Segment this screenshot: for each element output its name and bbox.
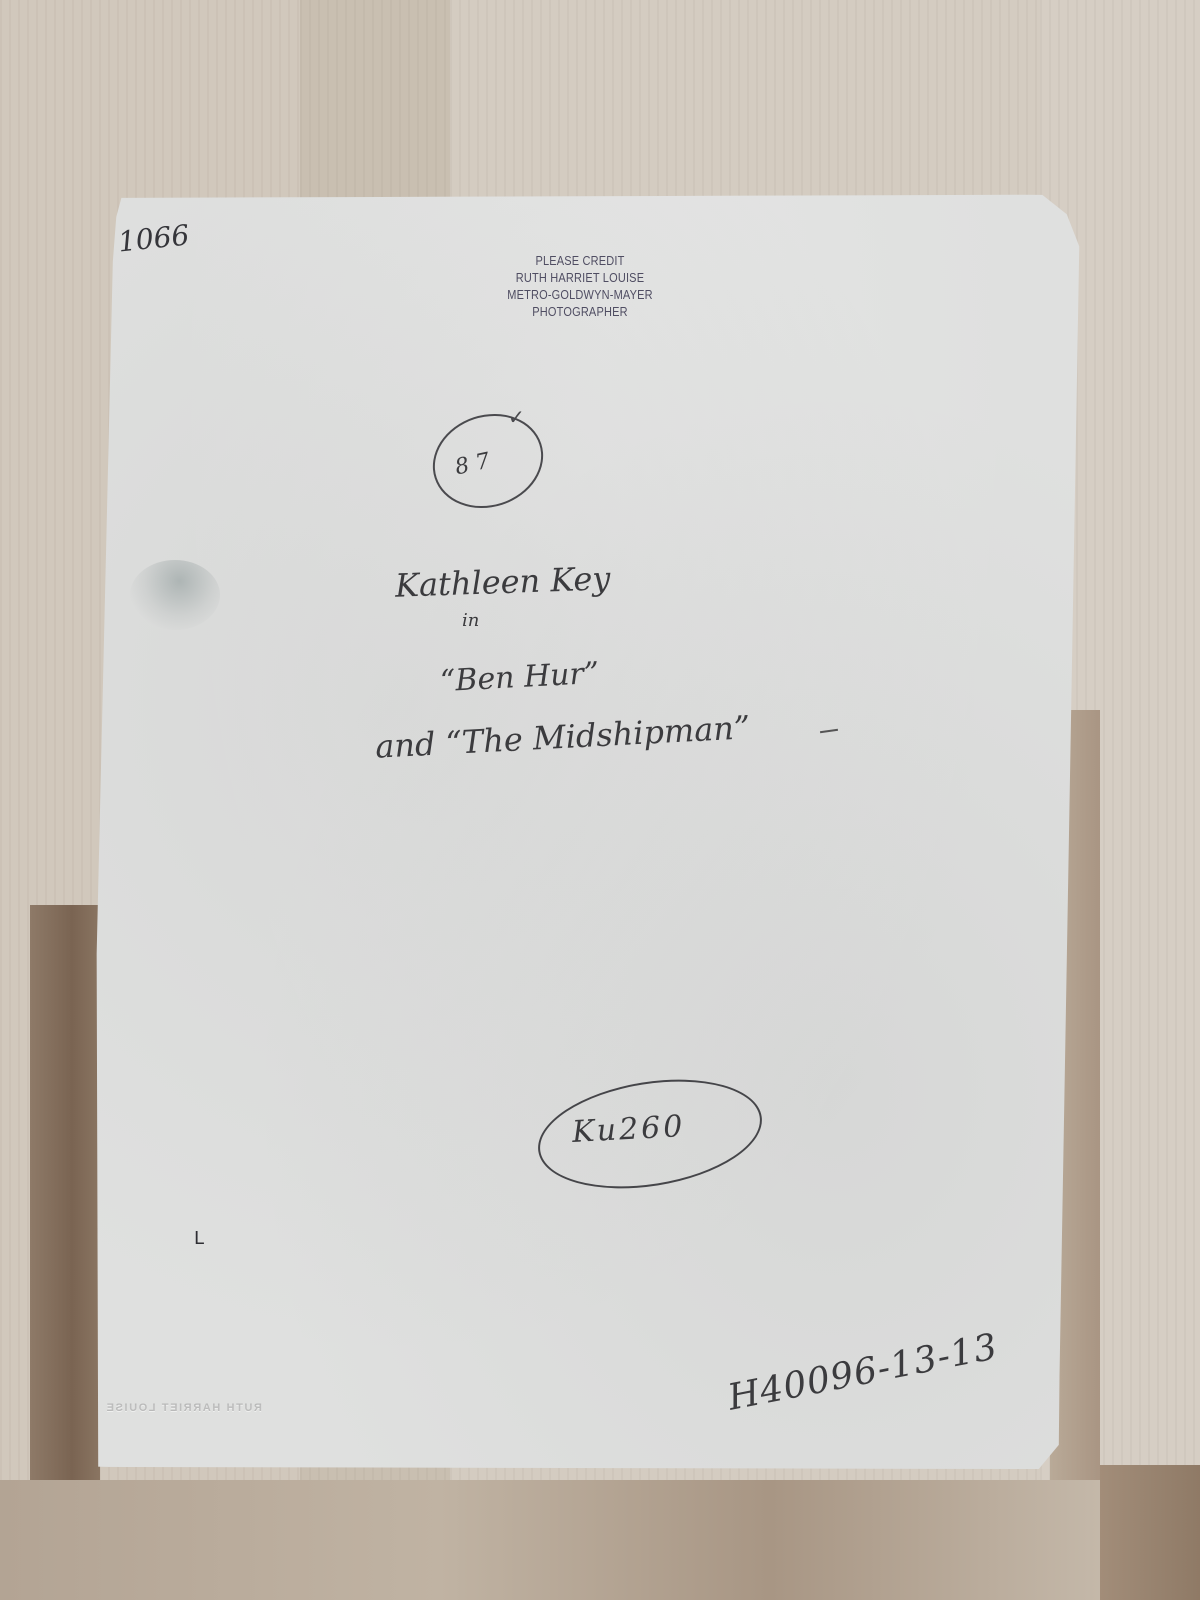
stamp-line: RUTH HARRIET LOUISE [474,270,685,287]
ink-smudge [130,560,220,630]
handwritten-letter-mark: L [194,1228,204,1249]
handwritten-subject-name: Kathleen Key [394,559,611,604]
photo-back-paper [88,185,1091,1477]
dark-wood-plank [0,1480,1100,1600]
dark-wood-plank [30,905,100,1495]
stamp-line: PHOTOGRAPHER [474,304,685,321]
check-mark-icon: ✓ [508,405,525,429]
photographer-credit-stamp: PLEASE CREDIT RUTH HARRIET LOUISE METRO-… [474,253,685,321]
stamp-line: PLEASE CREDIT [474,253,685,270]
handwritten-in: in [462,610,479,631]
stamp-line: METRO-GOLDWYN-MAYER [474,287,685,304]
handwritten-circled-code: Ku260 [571,1109,686,1150]
embossed-photographer-mark: RUTH HARRIET LOUISE [105,1402,262,1414]
dark-wood-plank [1100,1465,1200,1600]
